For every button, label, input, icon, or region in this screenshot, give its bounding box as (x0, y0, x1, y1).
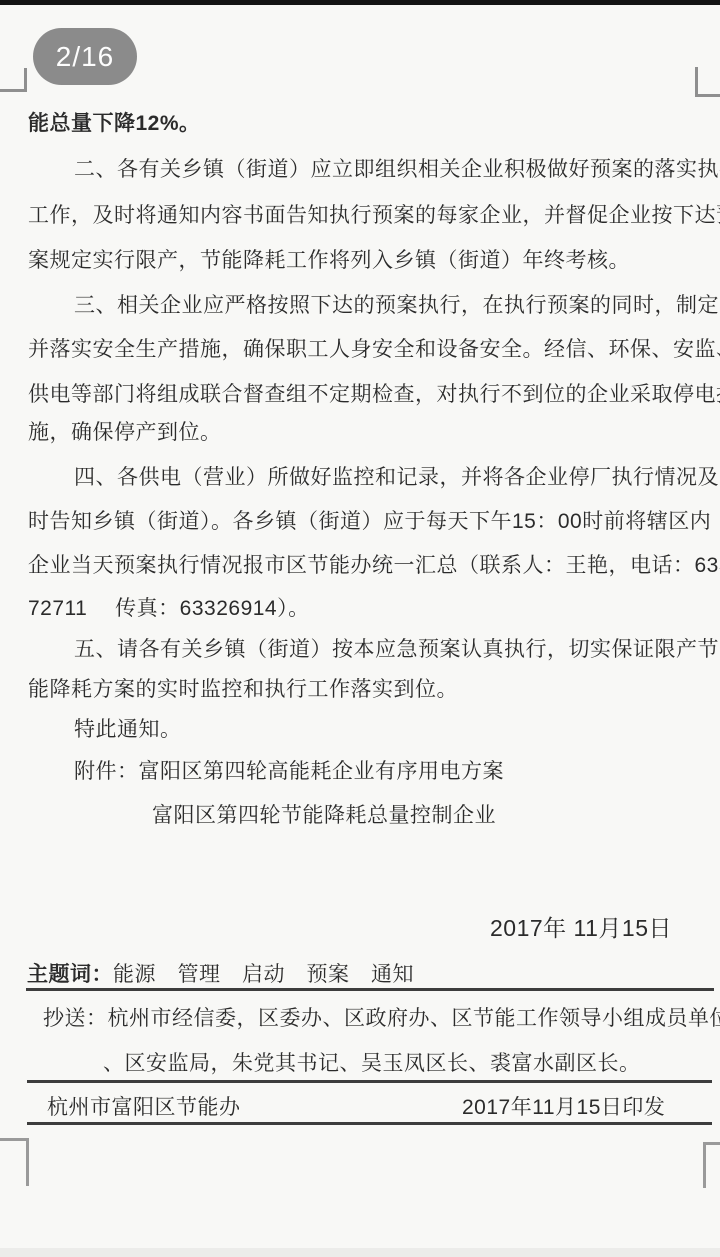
body-line: 特此通知。 (74, 718, 182, 742)
body-line: 工作，及时将通知内容书面告知执行预案的每家企业，并督促企业按下达预 (28, 204, 720, 228)
issuing-office: 杭州市富阳区节能办 (47, 1096, 241, 1120)
body-line: 案规定实行限产，节能降耗工作将列入乡镇（街道）年终考核。 (28, 249, 630, 273)
body-line: 五、请各有关乡镇（街道）按本应急预案认真执行，切实保证限产节 (74, 638, 719, 662)
bottom-edge-strip (0, 1248, 720, 1257)
print-date: 2017年11月15日印发 (462, 1096, 665, 1120)
subject-label: 主题词： (27, 963, 113, 986)
corner-mark-bottom-left (0, 1138, 29, 1186)
body-line: 能总量下降12%。 (28, 112, 201, 136)
body-line: 并落实安全生产措施，确保职工人身安全和设备安全。经信、环保、安监、 (28, 338, 720, 362)
separator-rule (27, 1080, 712, 1083)
cc-line: 抄送：杭州市经信委，区委办、区政府办、区节能工作领导小组成员单位 (43, 1007, 720, 1031)
separator-rule (26, 988, 714, 991)
corner-mark-top-right (695, 67, 720, 97)
body-line: 72711 传真：63326914）。 (28, 597, 310, 621)
document-photo-page: 2/16 能总量下降12%。 二、各有关乡镇（街道）应立即组织相关企业积极做好预… (0, 0, 720, 1257)
subject-keywords-row: 主题词：能源 管理 启动 预案 通知 (27, 963, 414, 987)
body-line: 企业当天预案执行情况报市区节能办统一汇总（联系人：王艳，电话：633 (28, 554, 720, 578)
corner-mark-top-left (0, 68, 27, 92)
separator-rule (27, 1122, 712, 1125)
document-date: 2017年 11月15日 (490, 916, 672, 940)
cc-line: 、区安监局，朱党其书记、吴玉凤区长、裘富水副区长。 (103, 1052, 641, 1076)
body-line: 时告知乡镇（街道）。各乡镇（街道）应于每天下午15：00时前将辖区内 (28, 510, 711, 534)
top-bar (0, 0, 720, 5)
body-line: 三、相关企业应严格按照下达的预案执行，在执行预案的同时，制定 (74, 294, 719, 318)
body-line: 四、各供电（营业）所做好监控和记录，并将各企业停厂执行情况及 (74, 466, 719, 490)
corner-mark-bottom-right (703, 1142, 720, 1188)
page-indicator-badge: 2/16 (33, 28, 137, 85)
attachment-line: 附件：富阳区第四轮高能耗企业有序用电方案 (74, 760, 504, 784)
subject-words: 能源 管理 启动 预案 通知 (113, 963, 414, 986)
body-line: 二、各有关乡镇（街道）应立即组织相关企业积极做好预案的落实执行 (74, 158, 720, 182)
body-line: 能降耗方案的实时监控和执行工作落实到位。 (28, 678, 458, 702)
attachment-line: 富阳区第四轮节能降耗总量控制企业 (152, 804, 496, 828)
body-line: 施，确保停产到位。 (28, 421, 222, 445)
body-line: 供电等部门将组成联合督查组不定期检查，对执行不到位的企业采取停电措 (28, 383, 720, 407)
